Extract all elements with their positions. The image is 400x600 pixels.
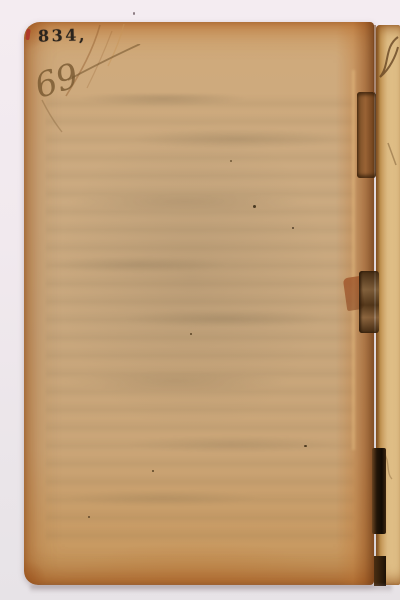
dust-speck bbox=[133, 12, 135, 15]
ink-speck bbox=[230, 160, 232, 162]
ink-speck bbox=[152, 470, 154, 472]
page-gap-line-top bbox=[373, 25, 376, 93]
repair-tape-mark-upper bbox=[357, 92, 376, 178]
book-scan: 834, 69 bbox=[0, 0, 400, 600]
page-gap-shadow bbox=[372, 448, 386, 534]
ink-speck bbox=[292, 227, 294, 229]
ink-speck bbox=[304, 445, 307, 447]
handwritten-number-group: 69 bbox=[28, 44, 158, 134]
page-number-stamp: 834, bbox=[38, 25, 87, 45]
ink-speck bbox=[88, 516, 90, 518]
ghost-writing bbox=[46, 94, 354, 543]
floor-shadow bbox=[30, 585, 392, 593]
repair-tape-mark-middle bbox=[359, 271, 379, 333]
ink-speck bbox=[190, 333, 192, 335]
handwritten-number: 69 bbox=[30, 56, 83, 107]
ink-speck bbox=[253, 205, 256, 208]
gutter-fold-highlight bbox=[352, 70, 355, 450]
page-gap-shadow-bottom bbox=[374, 556, 386, 586]
